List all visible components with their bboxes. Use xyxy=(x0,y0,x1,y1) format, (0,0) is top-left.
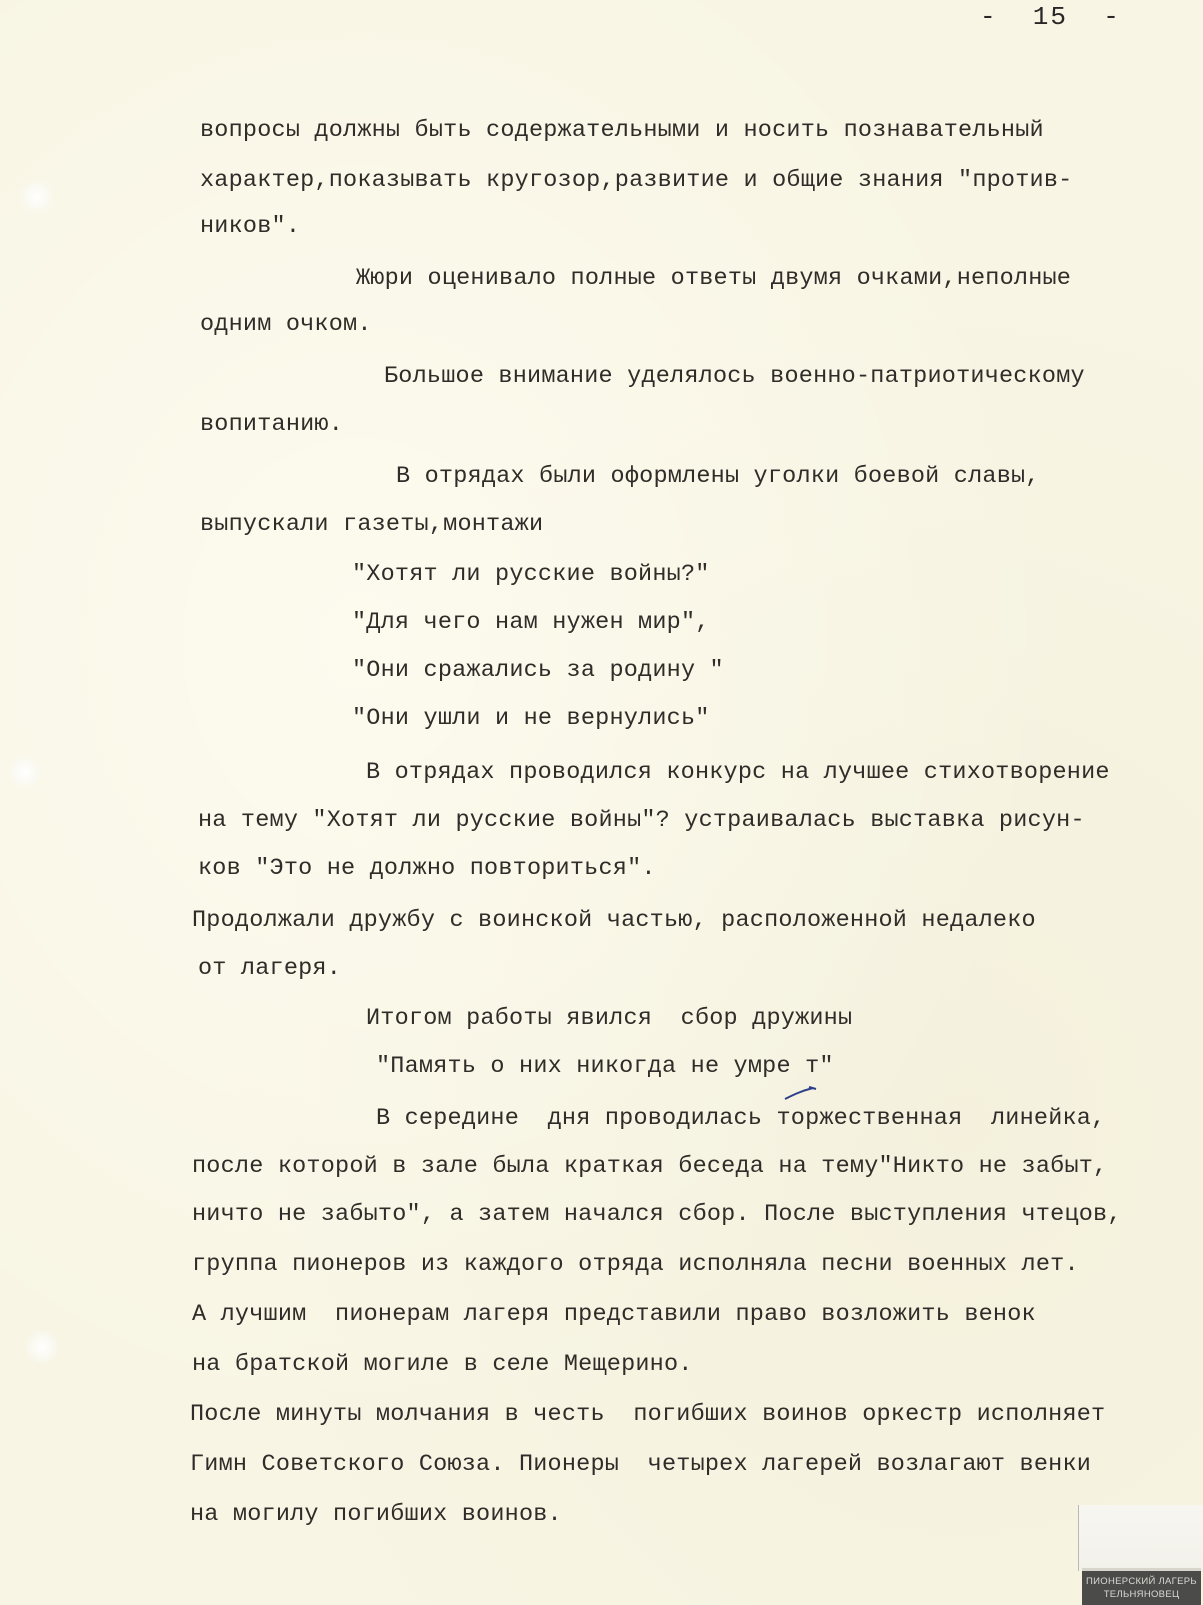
punch-hole-mark xyxy=(20,180,54,214)
text-line: ничто не забыто", а затем начался сбор. … xyxy=(192,1200,1122,1230)
text-line: группа пионеров из каждого отряда исполн… xyxy=(192,1250,1079,1280)
text-line: Итогом работы явился сбор дружины xyxy=(366,1004,852,1034)
text-line: после которой в зале была краткая беседа… xyxy=(192,1152,1107,1182)
quote-line: "Хотят ли русские войны?" xyxy=(352,560,710,590)
text-line: Гимн Советского Союза. Пионеры четырех л… xyxy=(190,1450,1091,1480)
watermark-line-2: ТЕЛЬНЯНОВЕЦ xyxy=(1082,1588,1201,1601)
punch-hole-mark xyxy=(25,1330,59,1364)
text-line: на братской могиле в селе Мещерино. xyxy=(192,1350,693,1380)
watermark-line-1: ПИОНЕРСКИЙ ЛАГЕРЬ xyxy=(1082,1575,1201,1588)
text-line: от лагеря. xyxy=(198,954,341,984)
punch-hole-mark xyxy=(8,755,42,789)
text-line: В отрядах проводился конкурс на лучшее с… xyxy=(366,758,1110,788)
text-line: вопросы должны быть содержательными и но… xyxy=(200,116,1044,146)
text-line: на могилу погибших воинов. xyxy=(190,1500,562,1530)
text-line: характер,показывать кругозор,развитие и … xyxy=(200,166,1072,196)
quote-line: "Они сражались за родину " xyxy=(352,656,724,686)
text-line: ников". xyxy=(200,212,300,242)
watermark-frame xyxy=(1078,1505,1203,1571)
text-line: Большое внимание уделялось военно-патрио… xyxy=(384,362,1085,392)
text-line: выпускали газеты,монтажи xyxy=(200,510,543,540)
text-line: В отрядах были оформлены уголки боевой с… xyxy=(396,462,1040,492)
text-line: После минуты молчания в честь погибших в… xyxy=(190,1400,1105,1430)
text-line: на тему "Хотят ли русские войны"? устраи… xyxy=(198,806,1085,836)
text-line: Жюри оценивало полные ответы двумя очкам… xyxy=(356,264,1071,294)
pen-correction-mark xyxy=(783,1085,823,1103)
text-line: Продолжали дружбу с воинской частью, рас… xyxy=(192,906,1036,936)
document-page: - 15 - вопросы должны быть содержательны… xyxy=(0,0,1203,1605)
quote-line: "Память о них никогда не умре т" xyxy=(376,1052,834,1082)
text-line: А лучшим пионерам лагеря представили пра… xyxy=(192,1300,1036,1330)
quote-line: "Для чего нам нужен мир", xyxy=(352,608,710,638)
page-number: - 15 - xyxy=(980,2,1121,32)
text-line: В середине дня проводилась торжественная… xyxy=(376,1104,1105,1134)
archive-watermark: ПИОНЕРСКИЙ ЛАГЕРЬ ТЕЛЬНЯНОВЕЦ xyxy=(1082,1568,1201,1605)
text-line: одним очком. xyxy=(200,310,372,340)
quote-line: "Они ушли и не вернулись" xyxy=(352,704,710,734)
text-line: ков "Это не должно повториться". xyxy=(198,854,656,884)
text-line: вопитанию. xyxy=(200,410,343,440)
